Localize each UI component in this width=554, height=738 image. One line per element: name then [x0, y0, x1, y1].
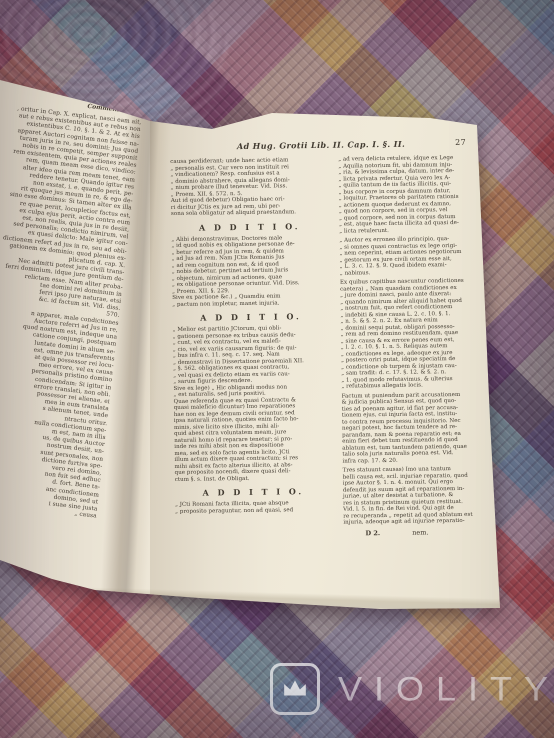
- paragraph: Tres statuunt causas) Imo una tantum bel…: [343, 466, 478, 526]
- additio-heading: A D D I T I O.: [172, 311, 329, 323]
- running-header-title: Ad Hug. Grotii Lib. II. Cap. I. §. II.: [237, 139, 405, 151]
- crown-icon: [270, 663, 320, 715]
- left-text-column: causa perdiderant; unde haec actio etiam…: [170, 157, 332, 540]
- catchword: nem.: [412, 528, 428, 536]
- text-columns: causa perdiderant; unde haec actio etiam…: [170, 155, 477, 540]
- right-page: Ad Hug. Grotii Lib. II. Cap. I. §. II. 2…: [170, 138, 478, 540]
- paragraph: „ JCti Romani facta illicita, quae absqu…: [175, 500, 332, 515]
- paragraph: Factum ut puniendum parit accusationem &…: [342, 391, 477, 464]
- book-pages: Commentarius. ‚ oritur in Cap. X. explic…: [0, 0, 554, 738]
- paragraph: „ Alibi demonstravimus, Doctores male „ …: [171, 234, 329, 308]
- watermark-brand-text: VIOLITY: [338, 669, 554, 709]
- violity-watermark: VIOLITY: [270, 660, 554, 718]
- right-text-column: „ ad vera delicta retulere, idque ex Leg…: [338, 155, 477, 537]
- paragraph: causa perdiderant; unde haec actio etiam…: [170, 157, 328, 218]
- open-book: Commentarius. ‚ oritur in Cap. X. explic…: [0, 0, 554, 738]
- paragraph: „ Auctor ex erroneo illo principio, qua-…: [339, 236, 474, 277]
- paragraph: „ Melior est partitio JCtorum, qui obli-…: [173, 325, 332, 483]
- additio-heading: A D D I T I O.: [175, 486, 332, 498]
- gathering-signature: D 2.: [365, 529, 380, 537]
- page-number: 27: [455, 138, 466, 147]
- additio-heading: A D D I T I O.: [171, 220, 328, 232]
- paragraph: Ex quibus capitibus nascuntur condiction…: [340, 278, 476, 390]
- paragraph: „ ad vera delicta retulere, idque ex Leg…: [338, 155, 473, 235]
